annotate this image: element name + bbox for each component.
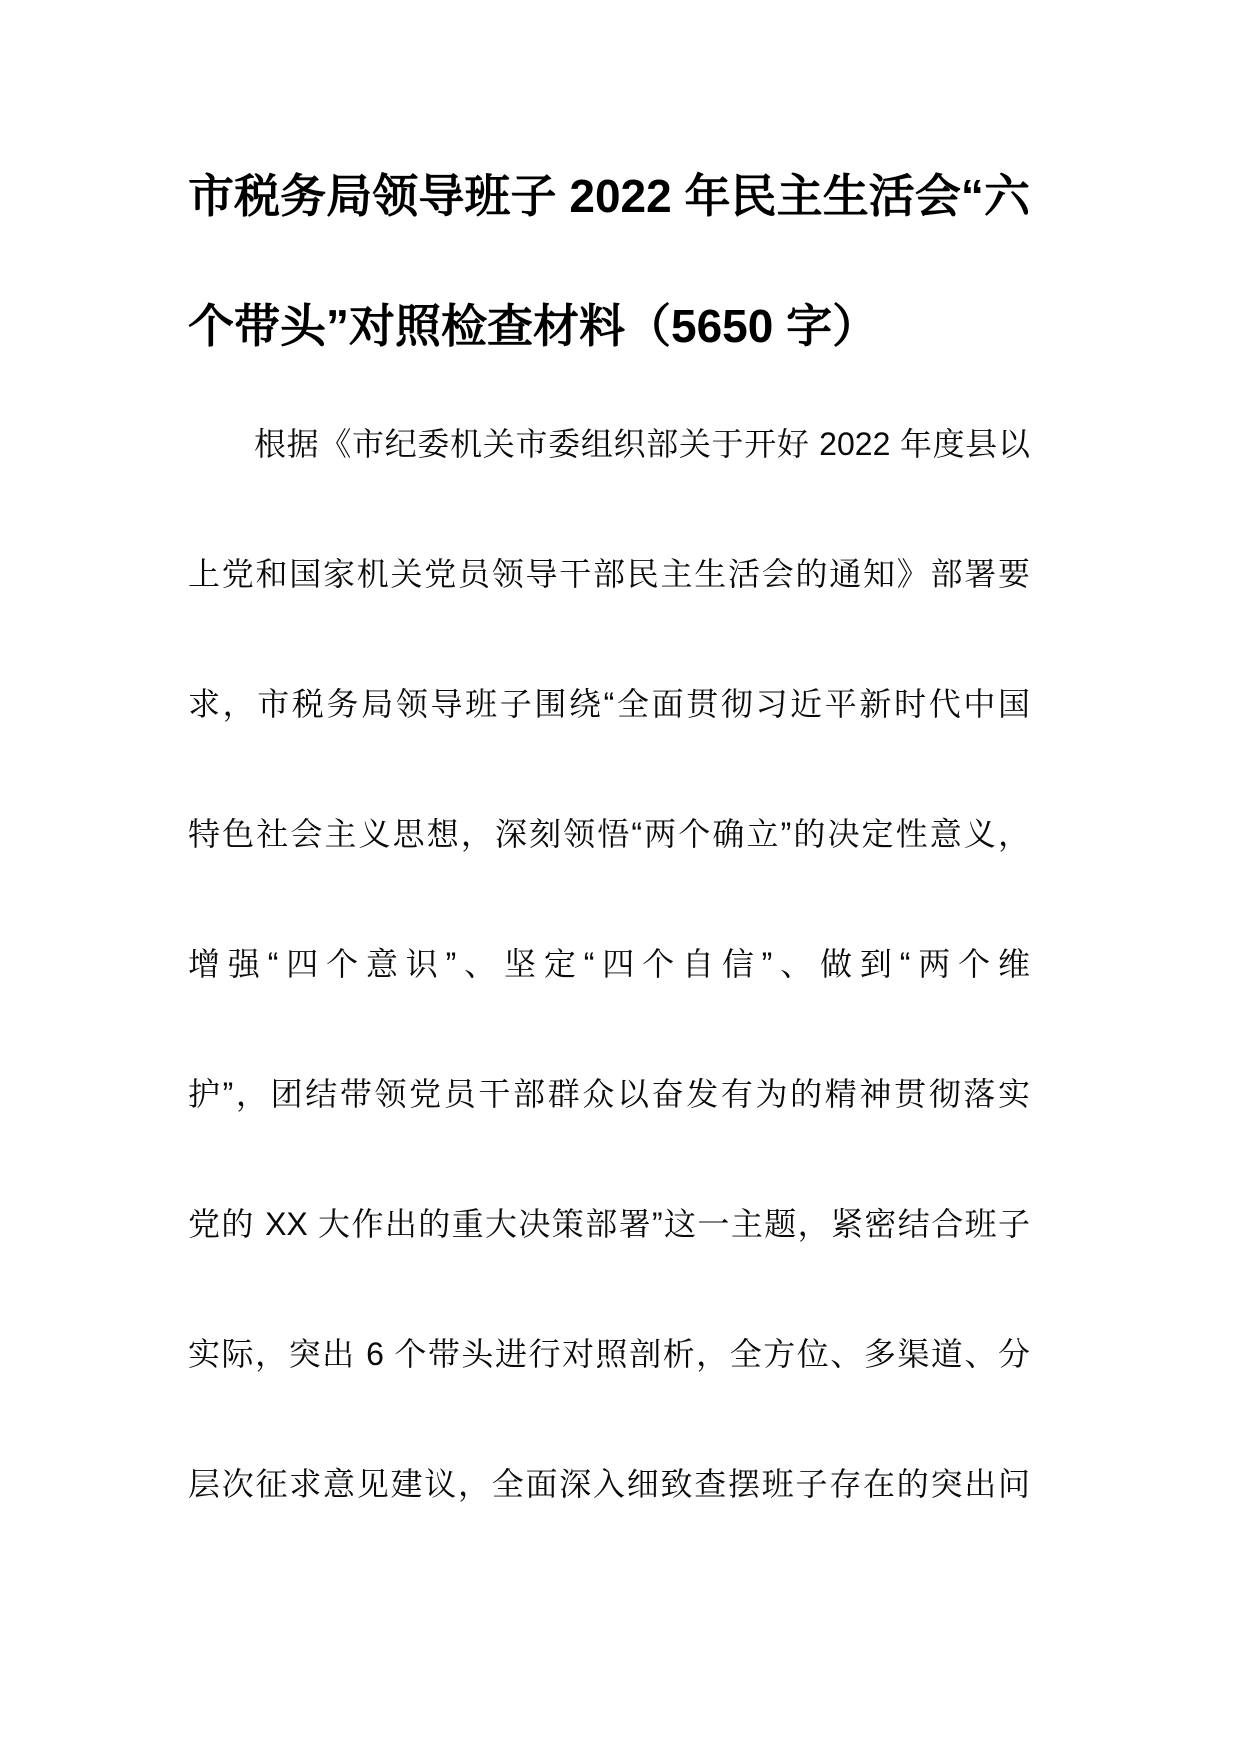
body-line-7: 党的 XX 大作出的重大决策部署”这一主题，紧密结合班子: [188, 1159, 1030, 1289]
body-line-4: 特色社会主义思想，深刻领悟“两个确立”的决定性意义，: [188, 769, 1030, 899]
body-line-5: 增强“四个意识”、坚定“四个自信”、做到“两个维: [188, 899, 1030, 1029]
body-line-6: 护”，团结带领党员干部群众以奋发有为的精神贯彻落实: [188, 1029, 1030, 1159]
document-page: 市税务局领导班子 2022 年民主生活会“六 个带头”对照检查材料（5650 字…: [0, 0, 1240, 1754]
body-line-3: 求，市税务局领导班子围绕“全面贯彻习近平新时代中国: [188, 639, 1030, 769]
body-line-2: 上党和国家机关党员领导干部民主生活会的通知》部署要: [188, 509, 1030, 639]
title-line-1: 市税务局领导班子 2022 年民主生活会“六: [188, 131, 1030, 261]
body-line-1: 根据《市纪委机关市委组织部关于开好 2022 年度县以: [188, 379, 1030, 509]
body-line-9: 层次征求意见建议，全面深入细致查摆班子存在的突出问: [188, 1419, 1030, 1549]
title-line-2: 个带头”对照检查材料（5650 字）: [188, 261, 1030, 391]
body-line-8: 实际，突出 6 个带头进行对照剖析，全方位、多渠道、分: [188, 1289, 1030, 1419]
document-paragraph: 根据《市纪委机关市委组织部关于开好 2022 年度县以 上党和国家机关党员领导干…: [188, 379, 1030, 1549]
document-title: 市税务局领导班子 2022 年民主生活会“六 个带头”对照检查材料（5650 字…: [188, 131, 1030, 391]
